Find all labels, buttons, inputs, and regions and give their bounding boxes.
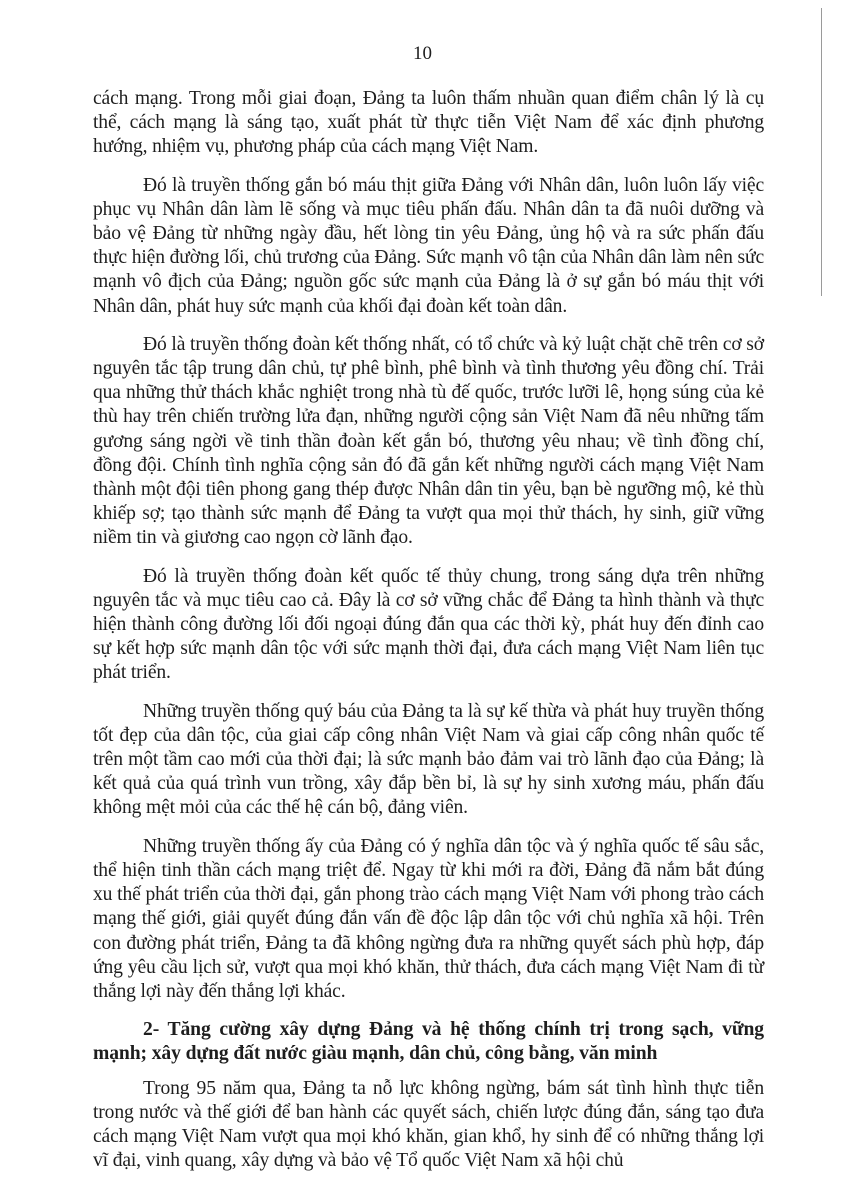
paragraph-unity-discipline: Đó là truyền thống đoàn kết thống nhất, … [93, 333, 764, 551]
page-number: 10 [0, 42, 845, 66]
paragraph-international-solidarity: Đó là truyền thống đoàn kết quốc tế thủy… [93, 565, 764, 686]
paragraph-continuation: cách mạng. Trong mỗi giai đoạn, Đảng ta … [93, 87, 764, 160]
section-paragraph: Trong 95 năm qua, Đảng ta nỗ lực không n… [93, 1077, 764, 1174]
paragraph-precious-traditions: Những truyền thống quý báu của Đảng ta l… [93, 700, 764, 821]
paragraph-party-people-bond: Đó là truyền thống gắn bó máu thịt giữa … [93, 174, 764, 319]
paragraph-national-international-meaning: Những truyền thống ấy của Đảng có ý nghĩ… [93, 835, 764, 1004]
section-heading: 2- Tăng cường xây dựng Đảng và hệ thống … [93, 1018, 764, 1066]
document-body: cách mạng. Trong mỗi giai đoạn, Đảng ta … [93, 87, 764, 1187]
